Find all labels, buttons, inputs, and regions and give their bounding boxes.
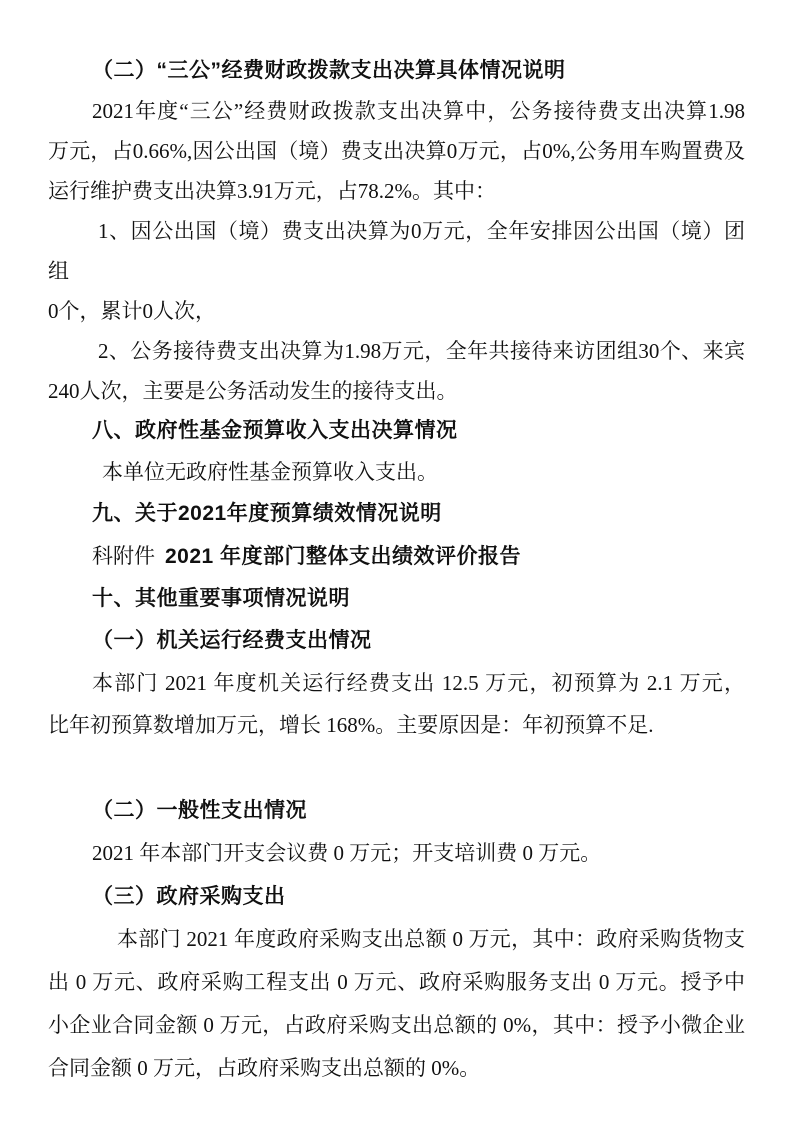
paragraph-line: 万元，占0.66%,因公出国（境）费支出决算0万元，占0%,公务用车购置费及	[48, 131, 745, 171]
attachment-prefix: 科附件	[92, 544, 155, 568]
attachment-report-title: 2021 年度部门整体支出绩效评价报告	[165, 545, 521, 568]
paragraph-line: 运行维护费支出决算3.91万元，占78.2%。其中：	[48, 171, 745, 211]
paragraph-line: 2021年度“三公”经费财政拨款支出决算中，公务接待费支出决算1.98	[48, 91, 745, 131]
paragraph-line: 比年初预算数增加万元，增长 168%。主要原因是：年初预算不足.	[48, 704, 745, 746]
heading-general-expense: （二）一般性支出情况	[48, 789, 745, 832]
heading-other-important-matters: 十、其他重要事项情况说明	[48, 578, 745, 620]
attachment-line: 科附件2021 年度部门整体支出绩效评价报告	[48, 535, 745, 578]
paragraph-line: 本部门 2021 年度机关运行经费支出 12.5 万元，初预算为 2.1 万元，	[48, 662, 745, 704]
list-item-reception-expense: 2、公务接待费支出决算为1.98万元，全年共接待来访团组30个、来宾	[48, 331, 745, 371]
paragraph-line: 240人次，主要是公务活动发生的接待支出。	[48, 371, 745, 411]
document-page: （二）“三公”经费财政拨款支出决算具体情况说明 2021年度“三公”经费财政拨款…	[0, 0, 793, 1122]
paragraph-no-gov-fund: 本单位无政府性基金预算收入支出。	[48, 451, 745, 493]
blank-line	[48, 746, 745, 789]
paragraph-line: 0个，累计0人次，	[48, 291, 745, 331]
heading-agency-operating-expense: （一）机关运行经费支出情况	[48, 620, 745, 662]
list-item-abroad-expense: 1、因公出国（境）费支出决算为0万元，全年安排因公出国（境）团组	[48, 211, 745, 291]
section-bottom: （二）一般性支出情况 2021 年本部门开支会议费 0 万元；开支培训费 0 万…	[48, 746, 745, 1090]
section-sangong: （二）“三公”经费财政拨款支出决算具体情况说明 2021年度“三公”经费财政拨款…	[48, 51, 745, 451]
paragraph-meeting-training-expense: 2021 年本部门开支会议费 0 万元；开支培训费 0 万元。	[48, 832, 745, 875]
section-middle: 本单位无政府性基金预算收入支出。 九、关于2021年度预算绩效情况说明 科附件2…	[48, 451, 745, 746]
heading-gov-procurement: （三）政府采购支出	[48, 875, 745, 918]
heading-gov-fund-budget: 八、政府性基金预算收入支出决算情况	[48, 411, 745, 451]
paragraph-line: 合同金额 0 万元，占政府采购支出总额的 0%。	[48, 1047, 745, 1090]
heading-budget-performance: 九、关于2021年度预算绩效情况说明	[48, 493, 745, 535]
paragraph-line: 本部门 2021 年度政府采购支出总额 0 万元，其中：政府采购货物支	[48, 918, 745, 961]
paragraph-line: 小企业合同金额 0 万元，占政府采购支出总额的 0%，其中：授予小微企业	[48, 1004, 745, 1047]
paragraph-line: 出 0 万元、政府采购工程支出 0 万元、政府采购服务支出 0 万元。授予中	[48, 961, 745, 1004]
heading-sangong-expense-detail: （二）“三公”经费财政拨款支出决算具体情况说明	[48, 51, 745, 91]
